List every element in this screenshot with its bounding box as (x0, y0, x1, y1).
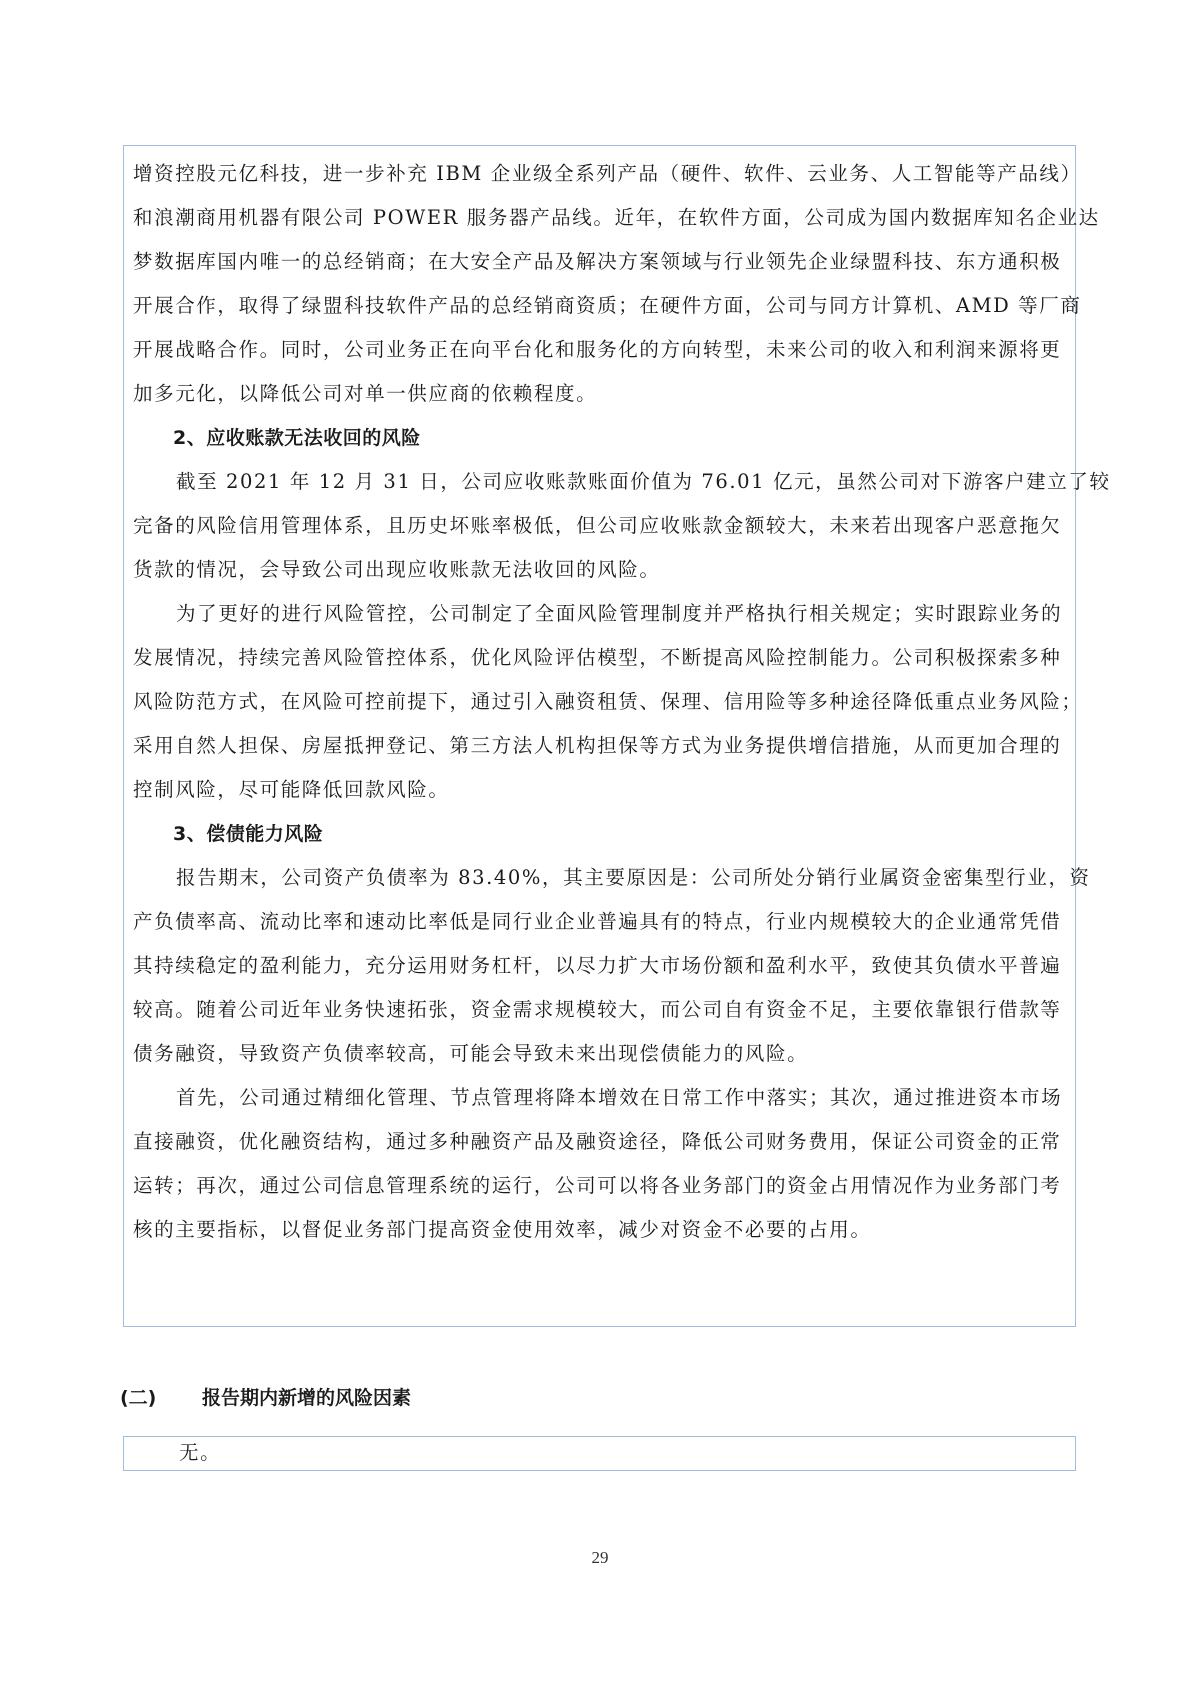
paragraph-receivables-measures: 为了更好的进行风险管控，公司制定了全面风险管理制度并严格执行相关规定；实时跟踪业… (133, 592, 1067, 812)
section-number: (二) (120, 1382, 202, 1414)
text-line: 加多元化，以降低公司对单一供应商的依赖程度。 (133, 372, 1067, 416)
text-line: 风险防范方式，在风险可控前提下，通过引入融资租赁、保理、信用险等多种途径降低重点… (133, 680, 1067, 724)
new-risks-text-box: 无。 (123, 1436, 1076, 1471)
risk-factors-text-box: 增资控股元亿科技，进一步补充 IBM 企业级全系列产品（硬件、软件、云业务、人工… (123, 145, 1076, 1327)
paragraph-supplier-diversification: 增资控股元亿科技，进一步补充 IBM 企业级全系列产品（硬件、软件、云业务、人工… (133, 152, 1067, 416)
text-line: 货款的情况，会导致公司出现应收账款无法收回的风险。 (133, 548, 1067, 592)
text-line: 和浪潮商用机器有限公司 POWER 服务器产品线。近年，在软件方面，公司成为国内… (133, 196, 1067, 240)
text-line: 债务融资，导致资产负债率较高，可能会导致未来出现偿债能力的风险。 (133, 1032, 1067, 1076)
text-line: 控制风险，尽可能降低回款风险。 (133, 768, 1067, 812)
text-line: 发展情况，持续完善风险管控体系，优化风险评估模型，不断提高风险控制能力。公司积极… (133, 636, 1067, 680)
text-line: 产负债率高、流动比率和速动比率低是同行业企业普遍具有的特点，行业内规模较大的企业… (133, 900, 1067, 944)
paragraph-solvency-measures: 首先，公司通过精细化管理、节点管理将降本增效在日常工作中落实；其次，通过推进资本… (133, 1076, 1067, 1252)
text-line: 截至 2021 年 12 月 31 日，公司应收账款账面价值为 76.01 亿元… (133, 460, 1067, 504)
text-line: 采用自然人担保、房屋抵押登记、第三方法人机构担保等方式为业务提供增信措施，从而更… (133, 724, 1067, 768)
text-line: 完备的风险信用管理体系，且历史坏账率极低，但公司应收账款金额较大，未来若出现客户… (133, 504, 1067, 548)
subheading-solvency-risk: 3、偿债能力风险 (133, 812, 1067, 856)
text-line: 为了更好的进行风险管控，公司制定了全面风险管理制度并严格执行相关规定；实时跟踪业… (133, 592, 1067, 636)
section-heading-new-risks: (二)报告期内新增的风险因素 (120, 1382, 411, 1414)
text-line: 报告期末，公司资产负债率为 83.40%，其主要原因是：公司所处分销行业属资金密… (133, 856, 1067, 900)
text-line: 运转；再次，通过公司信息管理系统的运行，公司可以将各业务部门的资金占用情况作为业… (133, 1164, 1067, 1208)
subheading-receivables-risk: 2、应收账款无法收回的风险 (133, 416, 1067, 460)
paragraph-receivables-description: 截至 2021 年 12 月 31 日，公司应收账款账面价值为 76.01 亿元… (133, 460, 1067, 592)
paragraph-solvency-description: 报告期末，公司资产负债率为 83.40%，其主要原因是：公司所处分销行业属资金密… (133, 856, 1067, 1076)
text-line: 较高。随着公司近年业务快速拓张，资金需求规模较大，而公司自有资金不足，主要依靠银… (133, 988, 1067, 1032)
text-line: 增资控股元亿科技，进一步补充 IBM 企业级全系列产品（硬件、软件、云业务、人工… (133, 152, 1067, 196)
text-line: 核的主要指标，以督促业务部门提高资金使用效率，减少对资金不必要的占用。 (133, 1208, 1067, 1252)
text-line: 首先，公司通过精细化管理、节点管理将降本增效在日常工作中落实；其次，通过推进资本… (133, 1076, 1067, 1120)
text-line: 开展合作，取得了绿盟科技软件产品的总经销商资质；在硬件方面，公司与同方计算机、A… (133, 284, 1067, 328)
page-number: 29 (0, 1548, 1200, 1568)
text-line: 直接融资，优化融资结构，通过多种融资产品及融资途径，降低公司财务费用，保证公司资… (133, 1120, 1067, 1164)
text-line: 其持续稳定的盈利能力，充分运用财务杠杆，以尽力扩大市场份额和盈利水平，致使其负债… (133, 944, 1067, 988)
text-line: 开展战略合作。同时，公司业务正在向平台化和服务化的方向转型，未来公司的收入和利润… (133, 328, 1067, 372)
section-title: 报告期内新增的风险因素 (202, 1387, 411, 1409)
text-line: 无。 (179, 1437, 1075, 1469)
text-line: 梦数据库国内唯一的总经销商；在大安全产品及解决方案领域与行业领先企业绿盟科技、东… (133, 240, 1067, 284)
